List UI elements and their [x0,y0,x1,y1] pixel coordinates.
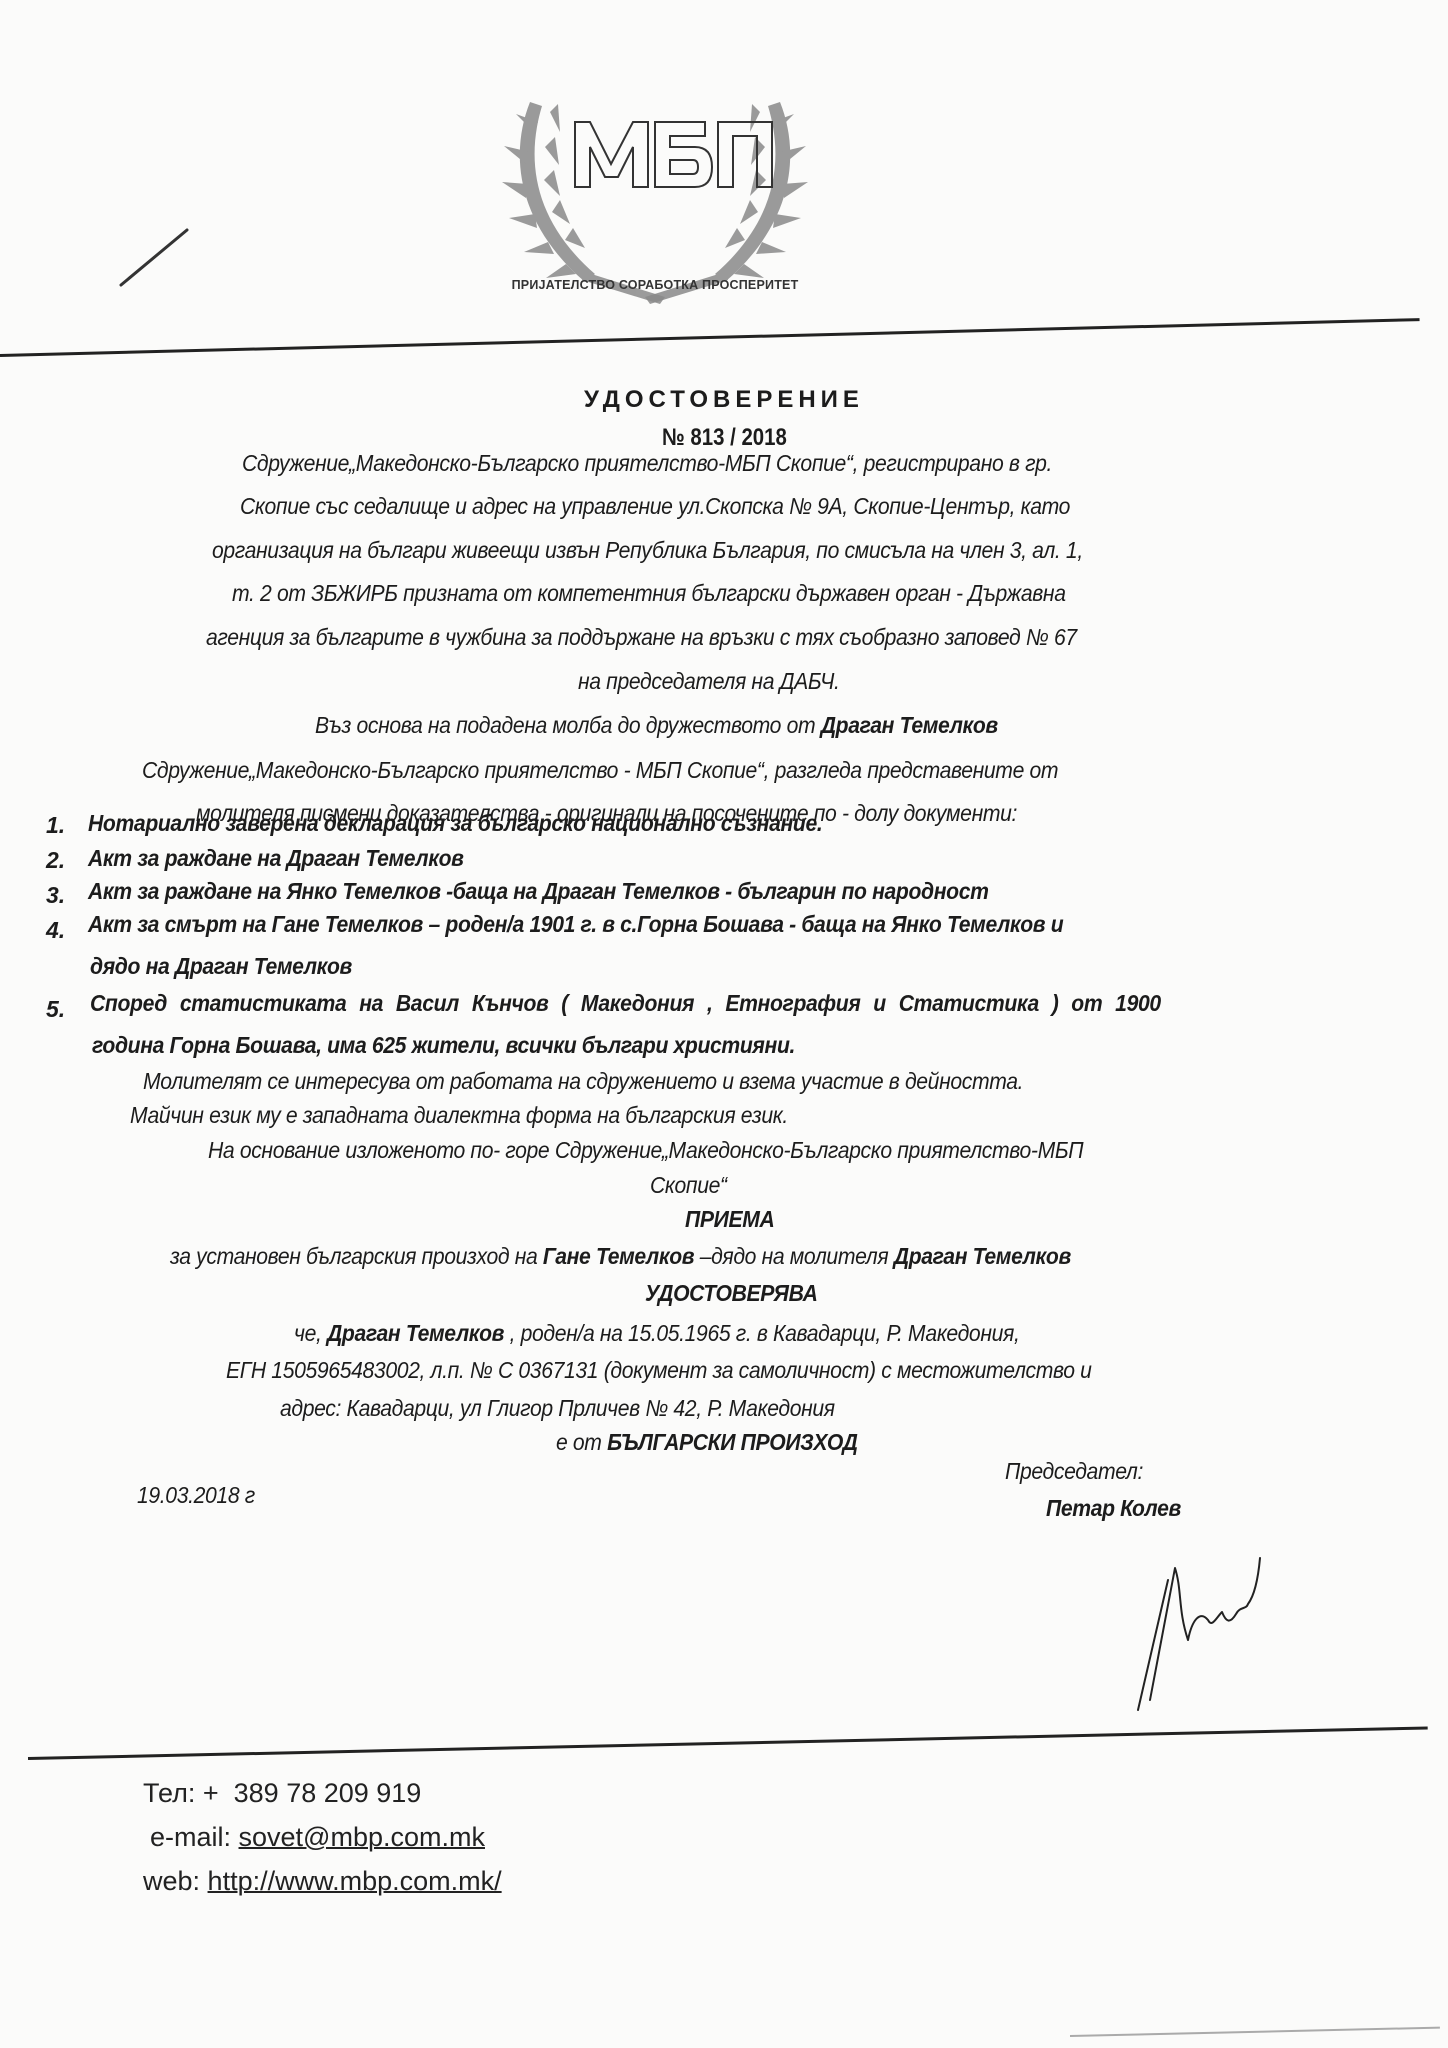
list-number: 3. [46,882,65,909]
document-number: № 813 / 2018 [662,424,787,452]
list-number: 4. [46,917,65,944]
web-label: web: [143,1866,208,1896]
applicant-name: Драган Темелков [327,1320,504,1346]
accepts-text: за установен българския произход на [170,1243,543,1269]
grandfather-name: Гане Темелков [543,1243,694,1269]
list-item-4-continued: дядо на Драган Темелков [90,953,352,980]
paragraph3-line2: Майчин език му е западната диалектна фор… [130,1102,788,1129]
certifies-prefix: че, [294,1320,327,1346]
footer-phone: Тел: + 389 78 209 919 [143,1778,421,1809]
certifies-line1: че, Драган Темелков , роден/а на 15.05.1… [294,1320,1019,1347]
document-title-row: УДОСТОВЕРЕНИЕ [0,386,1448,414]
list-item-5: Според статистиката на Васил Кънчов ( Ма… [90,990,1161,1017]
list-item-4: Акт за смърт на Гане Темелков – роден/а … [88,911,1063,938]
footer-email: e-mail: sovet@mbp.com.mk [150,1822,485,1853]
paragraph1-line6: на председателя на ДАБЧ. [578,668,839,695]
phone-number: 389 78 209 919 [234,1778,422,1808]
paragraph1-line5: агенция за българите в чужбина за поддър… [206,624,1077,651]
bottom-edge-mark [1070,2027,1440,2037]
accepts-heading: ПРИЕМА [685,1206,774,1233]
signatory-role: Председател: [1005,1458,1143,1485]
list-item-1: Нотариално заверена декларация за българ… [88,810,822,837]
list-item-5-continued: година Горна Бошава, има 625 жители, вси… [92,1032,795,1059]
applicant-name: Драган Темелков [894,1243,1071,1269]
email-label: e-mail: [150,1822,239,1852]
paragraph3-line1: Молителят се интересува от работата на с… [143,1068,1023,1095]
accepts-line: за установен българския произход на Гане… [170,1243,1071,1270]
origin-prefix: е от [556,1429,607,1455]
signatory-name: Петар Колев [1046,1495,1181,1522]
footer-web: web: http://www.mbp.com.mk/ [143,1866,502,1897]
paragraph4-line1: На основание изложеното по- горе Сдружен… [208,1137,1083,1164]
origin-statement: БЪЛГАРСКИ ПРОИЗХОД [607,1429,858,1455]
paragraph1-line2: Скопие със седалище и адрес на управлени… [240,493,1070,520]
paragraph1-line4: т. 2 от ЗБЖИРБ призната от компетентния … [232,580,1066,607]
list-number: 1. [46,812,65,839]
handwritten-signature-icon [1130,1550,1300,1720]
paragraph2-line1: Въз основа на подадена молба до дружеств… [315,712,998,739]
list-number: 5. [46,996,65,1023]
certifies-line4: е от БЪЛГАРСКИ ПРОИЗХОД [556,1429,858,1456]
bleed-through-text [1090,35,1096,61]
pen-stroke-mark [115,225,195,290]
document-date: 19.03.2018 г [137,1482,255,1509]
email-link[interactable]: sovet@mbp.com.mk [239,1822,485,1852]
logo-tagline: ПРИЈАТЕЛСТВО СОРАБОТКА ПРОСПЕРИТЕТ [480,278,830,292]
footer-divider [28,1726,1428,1760]
paragraph1-line3: организация на българи живеещи извън Реп… [212,537,1083,564]
website-link[interactable]: http://www.mbp.com.mk/ [208,1866,502,1896]
applicant-name: Драган Темелков [821,712,998,738]
paragraph2-line2: Сдружение„Македонско-Българско приятелст… [142,757,1058,784]
petition-text: Въз основа на подадена молба до дружеств… [315,712,821,738]
paragraph4-line2: Скопие“ [650,1172,727,1199]
certifies-heading: УДОСТОВЕРЯВА [645,1280,818,1307]
certifies-line2: ЕГН 1505965483002, л.п. № С 0367131 (док… [226,1357,1092,1384]
phone-label: Тел: + [143,1778,219,1808]
document-number-row: № 813 / 2018 [0,424,1448,452]
document-title: УДОСТОВЕРЕНИЕ [584,386,864,413]
list-item-3: Акт за раждане на Янко Темелков -баща на… [88,878,989,905]
header-divider [0,318,1420,357]
paragraph1-line1: Сдружение„Македонско-Българско приятелст… [242,450,1052,477]
birth-details: , роден/а на 15.05.1965 г. в Кавадарци, … [504,1320,1019,1346]
list-item-2: Акт за раждане на Драган Темелков [88,845,464,872]
certifies-line3: адрес: Кавадарци, ул Глигор Прличев № 42… [280,1395,835,1422]
list-number: 2. [46,847,65,874]
accepts-middle-text: –дядо на молителя [694,1243,894,1269]
